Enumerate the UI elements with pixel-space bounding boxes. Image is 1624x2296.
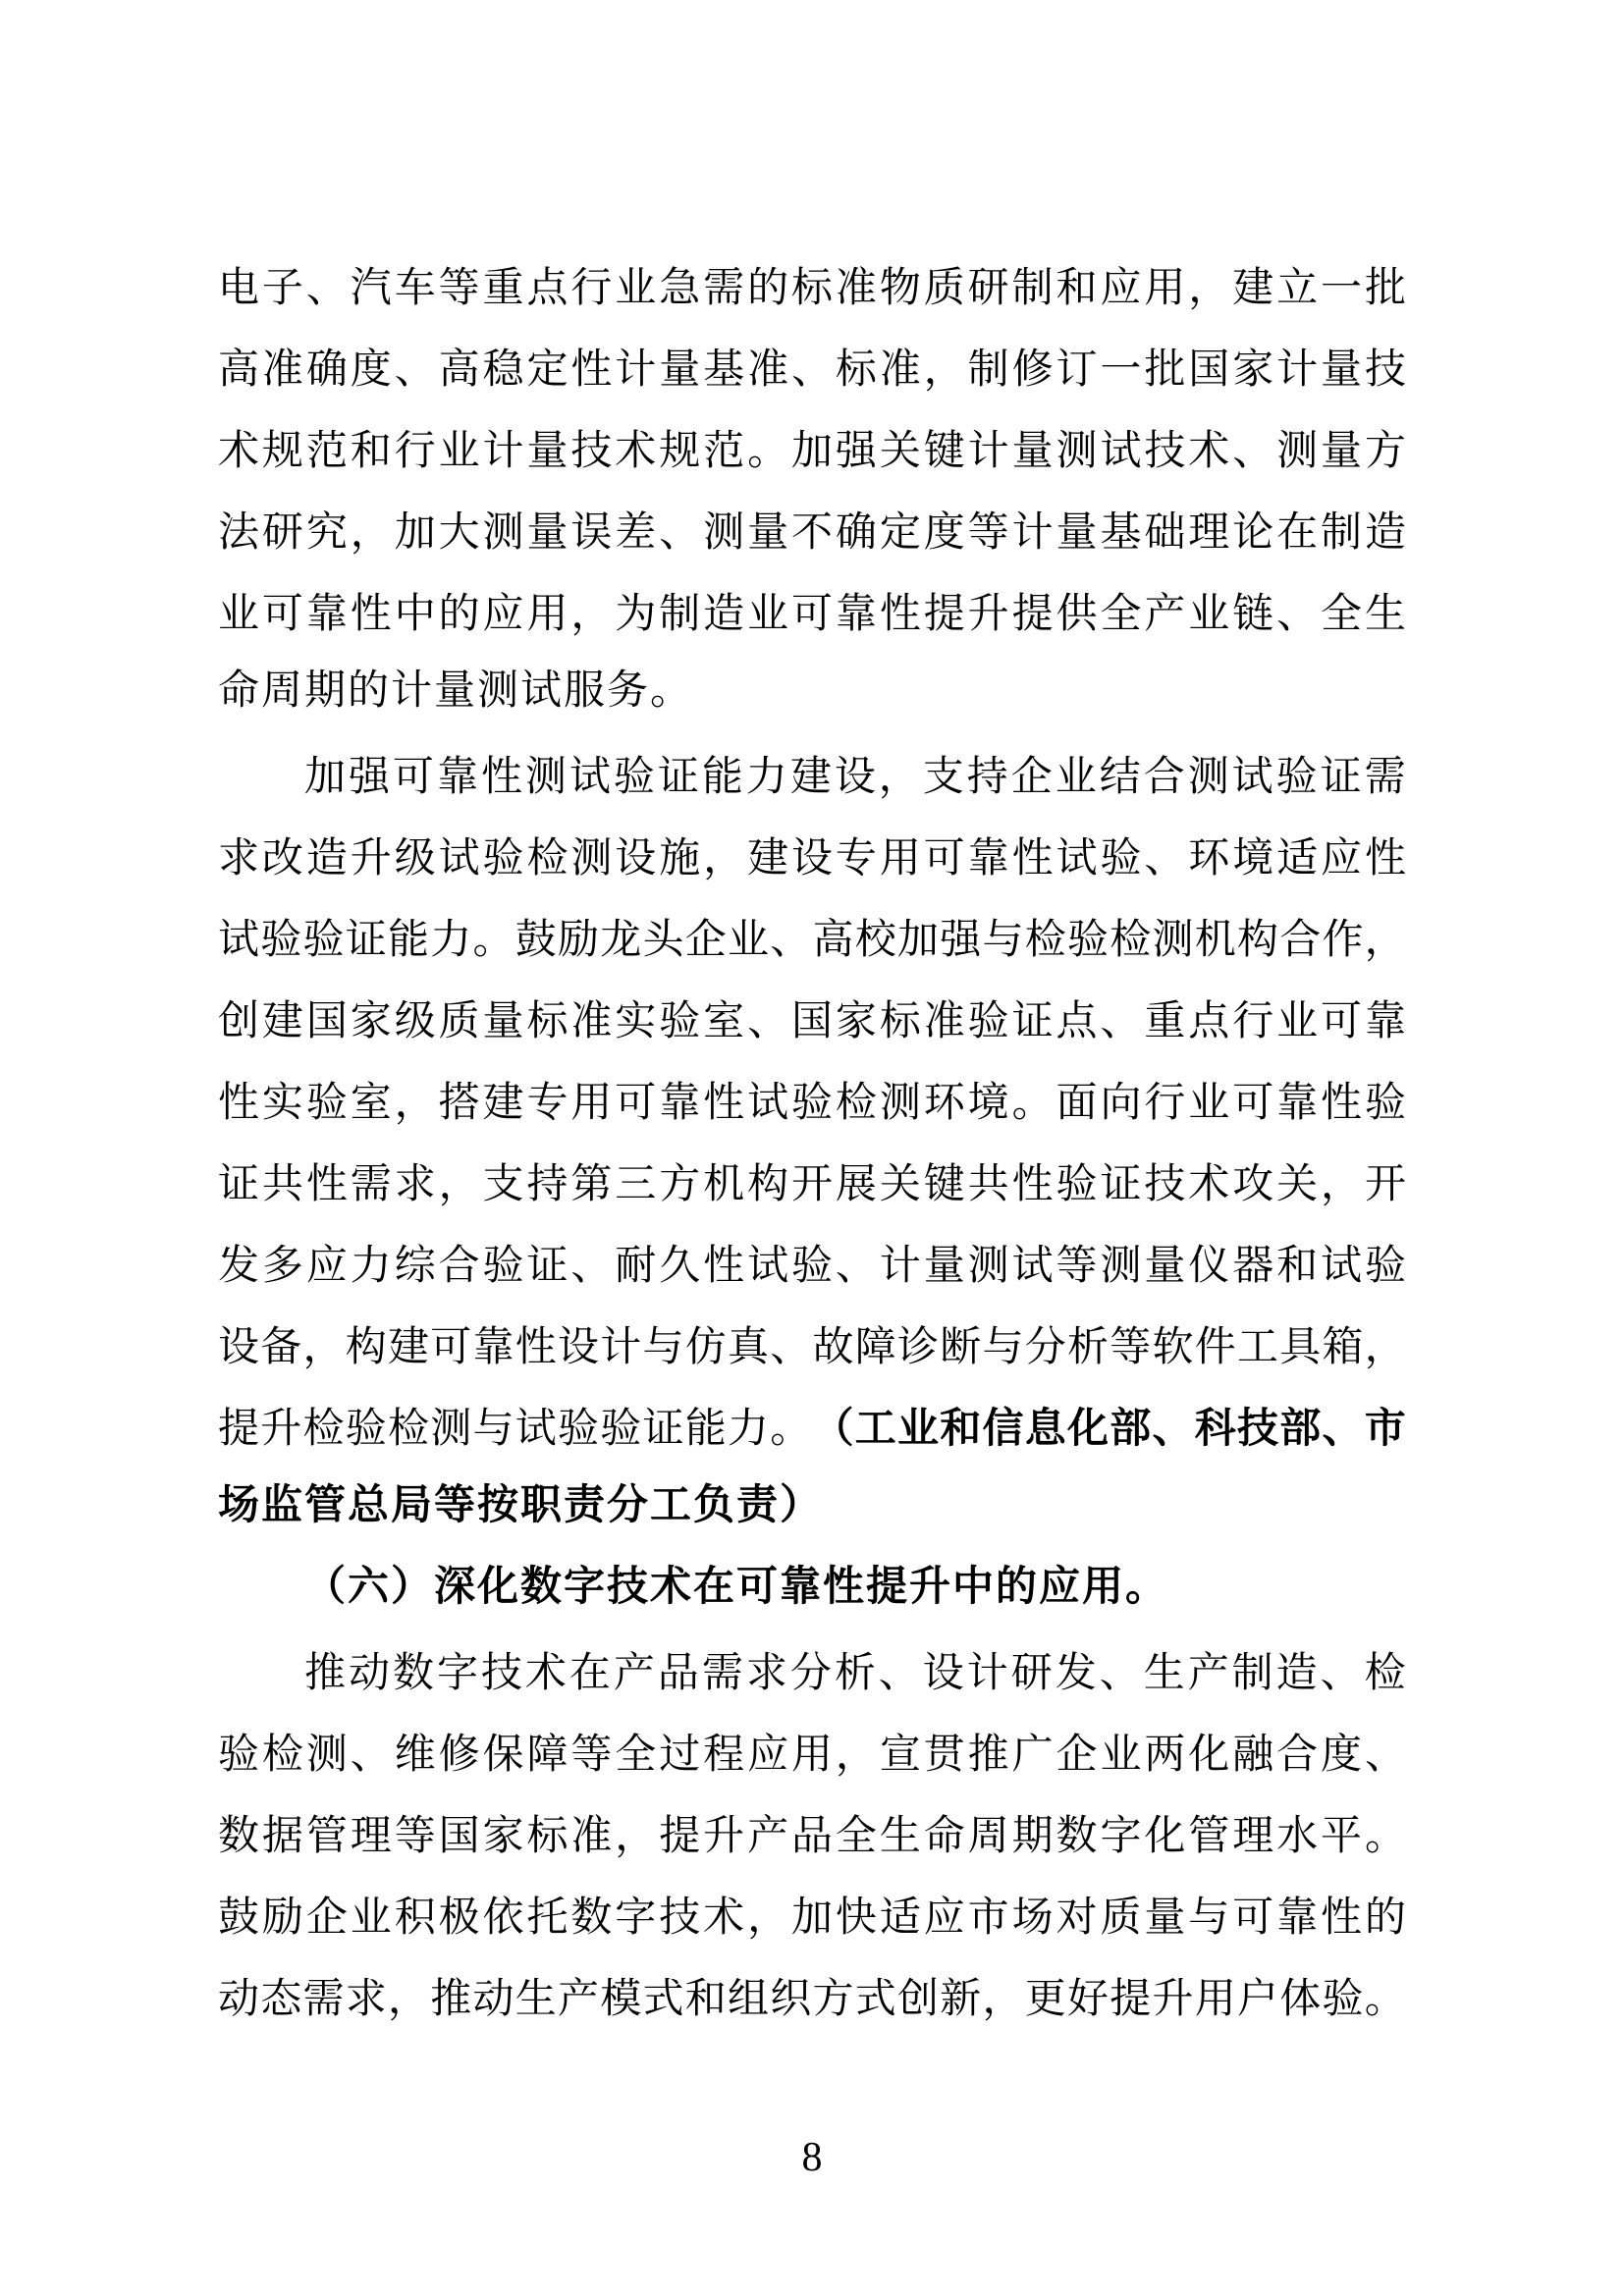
bold-run: （六）深化数字技术在可靠性提升中的应用。 [304,1565,1168,1610]
char: 。 [1365,1966,1406,2025]
char: 制 [1232,1640,1273,1699]
text-line: 加强可靠性测试验证能力建设，支持企业结合测试验证需 [218,732,1406,814]
char: 箱 [1323,1314,1364,1373]
char: 性 [351,581,392,640]
char: 力 [728,1396,769,1455]
char: 励 [558,907,599,966]
char: 批 [1365,255,1406,314]
char: 证 [218,1151,259,1210]
char: 立 [1276,255,1318,314]
char: 头 [643,907,684,966]
char: 确 [306,337,348,396]
char: 的 [439,581,480,640]
char: 机 [703,1151,744,1210]
char: 量 [1144,1885,1185,1944]
char: 用 [1144,255,1185,314]
char: 性 [1012,1151,1054,1210]
char: 工 [1237,1314,1278,1373]
char: 准 [570,1803,612,1862]
char: 误 [570,500,612,559]
char: 综 [395,1233,436,1292]
char: 共 [968,1151,1009,1210]
char: 证 [1321,744,1362,803]
char: 验 [483,826,524,884]
char: 验 [1323,1966,1364,2025]
char: ， [395,1070,436,1129]
char: 等 [1056,1233,1098,1292]
char: 等 [570,1722,612,1781]
char: 程 [703,1722,744,1781]
char: 维 [395,1722,436,1781]
char: 加 [897,907,939,966]
char: 可 [1232,1070,1273,1129]
char: 试 [1321,1233,1362,1292]
char: 试 [747,1070,788,1129]
text-line: 发多应力综合验证、耐久性试验、计量测试等测量仪器和试验 [218,1221,1406,1303]
char: 企 [685,907,727,966]
char: 力 [746,744,787,803]
char: 规 [262,418,303,477]
char: 范 [703,418,744,477]
char: 行 [570,255,612,314]
char: 动 [473,1966,514,2025]
text-line: 高准确度、高稳定性计量基准、标准，制修订一批国家计量技 [218,325,1406,406]
char: 测 [968,1233,1009,1292]
char: 态 [260,1966,301,2025]
char: 共 [262,1151,303,1210]
char: 等 [1110,1314,1151,1373]
char: ， [351,500,392,559]
char: 高 [439,337,480,396]
char: 品 [658,1640,699,1699]
char: 测 [570,826,612,884]
char: 、 [1365,1722,1406,1781]
char: 订 [1056,337,1098,396]
char: 研 [968,255,1009,314]
char: 升 [351,826,392,884]
char: 验 [614,744,655,803]
char: 试 [515,1396,557,1455]
char: 试 [439,826,480,884]
char: 求 [395,1151,436,1210]
char: 织 [770,1966,811,2025]
char: 键 [924,418,965,477]
char: 证 [1100,1151,1141,1210]
char: 证 [526,1233,568,1292]
char: 行 [1232,988,1273,1047]
char: 键 [924,1151,965,1210]
char: 制 [1321,500,1362,559]
char: 件 [1195,1314,1236,1373]
char: 生 [880,1803,921,1862]
char: 性 [481,744,522,803]
char: 验 [1056,1151,1098,1210]
char: 多 [262,1233,303,1292]
text-line: 场监管总局等按职责分工负责） [218,1466,1406,1547]
char: 全 [1100,581,1141,640]
char: 重 [1144,988,1185,1047]
char: 、 [1321,1640,1362,1699]
char: 验 [558,1396,599,1455]
char: 户 [1237,1966,1278,2025]
char: 设 [218,1314,259,1373]
char: 量 [747,500,788,559]
char: 性 [1012,826,1054,884]
char: 技 [1365,337,1406,396]
char: 、 [570,1233,612,1292]
bold-run: 场监管总局等按职责分工负责） [218,1483,823,1528]
char: 更 [1025,1966,1066,2025]
char: 性 [570,337,612,396]
char: 应 [924,1885,965,1944]
char: 关 [1276,1151,1318,1210]
char: 期 [1012,1803,1054,1862]
text-line: 推动数字技术在产品需求分析、设计研发、生产制造、检 [218,1629,1406,1710]
char: 术 [525,1640,567,1699]
char: 化 [1144,1803,1185,1862]
char: 点 [1056,988,1098,1047]
char: 计 [600,1314,641,1373]
char: 高 [218,337,259,396]
document-page: 电子、汽车等重点行业急需的标准物质研制和应用，建立一批高准确度、高稳定性计量基准… [0,0,1624,2296]
char: 强 [940,907,981,966]
char: 术 [218,418,259,477]
char: 用 [791,1722,833,1781]
char: 企 [1011,744,1053,803]
char: 专 [836,826,877,884]
char: 企 [306,1885,348,1944]
char: 校 [855,907,896,966]
char: 量 [1321,418,1362,477]
char: 家 [351,988,392,1047]
char: 中 [395,581,436,640]
char: 析 [1067,1314,1109,1373]
char: 验 [659,988,700,1047]
char: 构 [1237,907,1278,966]
char: 试 [218,907,259,966]
char: 造 [306,826,348,884]
char: ， [836,1722,877,1781]
char: 测 [1276,418,1318,477]
char: 支 [923,744,964,803]
char: 企 [1056,1722,1098,1781]
bold-char: 化 [1067,1396,1109,1455]
char: 用 [1195,1966,1236,2025]
char: 专 [526,1070,568,1129]
char: 点 [1188,988,1229,1047]
char: 质 [439,988,480,1047]
char: 推 [968,1722,1009,1781]
char: 器 [1232,1233,1273,1292]
char: 。 [747,418,788,477]
char: 急 [659,255,700,314]
text-line: 动态需求，推动生产模式和组织方式创新，更好提升用户体验。 [218,1954,1406,2036]
char: 极 [439,1885,480,1944]
char: ， [615,1803,656,1862]
char: 为 [615,581,656,640]
bold-char: 和 [940,1396,981,1455]
char: 靠 [836,581,877,640]
char: 数 [218,1803,259,1862]
char: 计 [880,1233,921,1292]
char: 证 [658,744,699,803]
bold-char: 技 [1237,1396,1278,1455]
char: 方 [813,1966,854,2025]
char: 推 [430,1966,471,2025]
char: 验 [306,1070,348,1129]
char: 、 [770,907,811,966]
char: 与 [983,907,1024,966]
char: 点 [526,255,568,314]
char: 验 [1067,907,1109,966]
char: 境 [968,1070,1009,1129]
char: ， [703,826,744,884]
char: 产 [558,1966,599,2025]
bold-char: 部 [1110,1396,1151,1455]
text-block: 电子、汽车等重点行业急需的标准物质研制和应用，建立一批高准确度、高稳定性计量基准… [218,243,1406,2036]
char: 检 [1110,907,1151,966]
char: 量 [1056,500,1098,559]
char: 性 [880,581,921,640]
char: 求 [218,826,259,884]
char: 设 [791,826,833,884]
char: 全 [615,1722,656,1781]
char: 诊 [897,1314,939,1373]
char: 实 [615,988,656,1047]
char: 宣 [880,1722,921,1781]
char: 度 [1321,1722,1362,1781]
char: 产 [1144,581,1185,640]
char: 物 [880,255,921,314]
char: 鼓 [218,1885,259,1944]
char: 可 [791,581,833,640]
char: 支 [483,1151,524,1210]
char: 合 [439,1233,480,1292]
char: 障 [526,1722,568,1781]
char: 产 [614,1640,655,1699]
char: 计 [967,1640,1008,1699]
char: 建 [790,744,832,803]
char: 测 [525,744,567,803]
char: 命 [924,1803,965,1862]
char: 依 [483,1885,524,1944]
char: 发 [1056,1640,1097,1699]
char: 家 [836,988,877,1047]
char: 产 [747,1803,788,1862]
char: 创 [218,988,259,1047]
char: 真 [728,1314,769,1373]
char: 改 [262,826,303,884]
char: 、 [791,337,833,396]
char: 、 [1144,826,1185,884]
char: 攻 [1232,1151,1273,1210]
char: 构 [747,1151,788,1210]
char: 靠 [659,1070,700,1129]
char: 。 [473,907,514,966]
char: 规 [659,418,700,477]
char: 耐 [615,1233,656,1292]
char: 需 [1365,744,1406,803]
char: 可 [430,1314,471,1373]
char: 验 [1100,826,1141,884]
char: 全 [1321,581,1362,640]
char: 障 [855,1314,896,1373]
char: 研 [262,500,303,559]
char: 稳 [483,337,524,396]
char: 靠 [1276,1885,1318,1944]
char: 断 [940,1314,981,1373]
char: 基 [703,337,744,396]
char: 和 [685,1966,727,2025]
char: 周 [968,1803,1009,1862]
char: 性 [1321,1885,1362,1944]
bold-char: 业 [897,1396,939,1455]
char: 场 [1012,1885,1054,1944]
text-line: 设备，构建可靠性设计与仿真、故障诊断与分析等软件工具箱， [218,1303,1406,1384]
char: 品 [791,1803,833,1862]
char: 量 [526,418,568,477]
char: 检 [1365,1640,1406,1699]
char: 搭 [439,1070,480,1129]
char: 向 [1100,1070,1141,1129]
char: 度 [351,337,392,396]
char: 环 [924,1070,965,1129]
char: 量 [526,500,568,559]
char: 论 [1232,500,1273,559]
char: 性 [1365,826,1406,884]
char: 测 [1100,1233,1141,1292]
text-line: 试验验证能力。鼓励龙头企业、高校加强与检验检测机构合作， [218,895,1406,977]
char: 基 [1100,500,1141,559]
char: 造 [1276,1640,1318,1699]
char: 级 [395,826,436,884]
char: 业 [747,581,788,640]
text-line: 验检测、维修保障等全过程应用，宣贯推广企业两化融合度、 [218,1710,1406,1791]
char: 故 [813,1314,854,1373]
char: 提 [659,1803,700,1862]
char: 准 [570,988,612,1047]
char: 加 [304,744,346,803]
char: 术 [1188,1151,1229,1210]
char: 保 [483,1722,524,1781]
char: 究 [306,500,348,559]
char: ， [570,581,612,640]
char: 加 [791,418,833,477]
char: 计 [1276,337,1318,396]
char: 的 [747,255,788,314]
char: 性 [1321,1070,1362,1129]
char: 对 [1056,1885,1098,1944]
char: 可 [1321,988,1362,1047]
char: 量 [483,988,524,1047]
char: 建 [262,988,303,1047]
char: 融 [1232,1722,1273,1781]
page-number: 8 [0,2128,1624,2187]
char: 、 [306,255,348,314]
char: 等 [968,500,1009,559]
char: 、 [836,1233,877,1292]
char: 技 [1144,1151,1185,1210]
char: 备 [260,1314,301,1373]
char: 结 [1100,744,1141,803]
char: 制 [968,337,1009,396]
char: 室 [703,988,744,1047]
char: 国 [439,1803,480,1862]
char: 动 [218,1966,259,2025]
char: 与 [473,1396,514,1455]
char: 提 [1012,581,1054,640]
char: 技 [1144,418,1185,477]
char: 准 [836,255,877,314]
char: 可 [615,1070,656,1129]
char: 方 [659,1151,700,1210]
char: 靠 [473,1314,514,1373]
char: 车 [395,255,436,314]
char: 测 [483,500,524,559]
char: 设 [558,1314,599,1373]
char: 性 [515,1314,557,1373]
char: 合 [1279,907,1321,966]
char: 检 [303,1396,345,1455]
char: 分 [790,1640,832,1699]
char: 升 [703,1803,744,1862]
char: ， [1365,1314,1406,1373]
char: 计 [1012,500,1054,559]
char: 技 [570,418,612,477]
char: 管 [306,1803,348,1862]
char: 好 [1067,1966,1109,2025]
char: 重 [483,255,524,314]
char: 应 [1100,255,1141,314]
bold-char: 工 [855,1396,896,1455]
char: 准 [880,337,921,396]
text-line: 电子、汽车等重点行业急需的标准物质研制和应用，建立一批 [218,243,1406,325]
char: 应 [483,581,524,640]
char: 字 [615,1885,656,1944]
char: 测 [1188,744,1229,803]
char: 理 [351,1803,392,1862]
char: 应 [747,1722,788,1781]
char: 验 [260,907,301,966]
text-line: 证共性需求，支持第三方机构开展关键共性验证技术攻关，开 [218,1140,1406,1221]
char: ， [439,1151,480,1210]
char: 式 [643,1966,684,2025]
char: 汽 [351,255,392,314]
char: 的 [1365,1885,1406,1944]
char: 确 [836,500,877,559]
char: 析 [835,1640,876,1699]
char: 靠 [437,744,478,803]
char: 创 [897,1966,939,2025]
char: 计 [615,337,656,396]
char: 生 [1365,581,1406,640]
char: 构 [346,1314,387,1373]
char: 数 [570,1885,612,1944]
char: 可 [924,826,965,884]
char: 技 [481,1640,522,1699]
text-run: 命周期的计量测试服务。 [218,668,693,714]
char: 需 [303,1966,345,2025]
char: 家 [483,1803,524,1862]
char: 仿 [685,1314,727,1373]
char: 在 [1276,500,1318,559]
char: 电 [218,255,259,314]
char: 适 [880,1885,921,1944]
text-line: 创建国家级质量标准实验室、国家标准验证点、重点行业可靠 [218,977,1406,1058]
char: 国 [1188,337,1229,396]
char: 提 [1110,1966,1151,2025]
char: 子 [262,255,303,314]
